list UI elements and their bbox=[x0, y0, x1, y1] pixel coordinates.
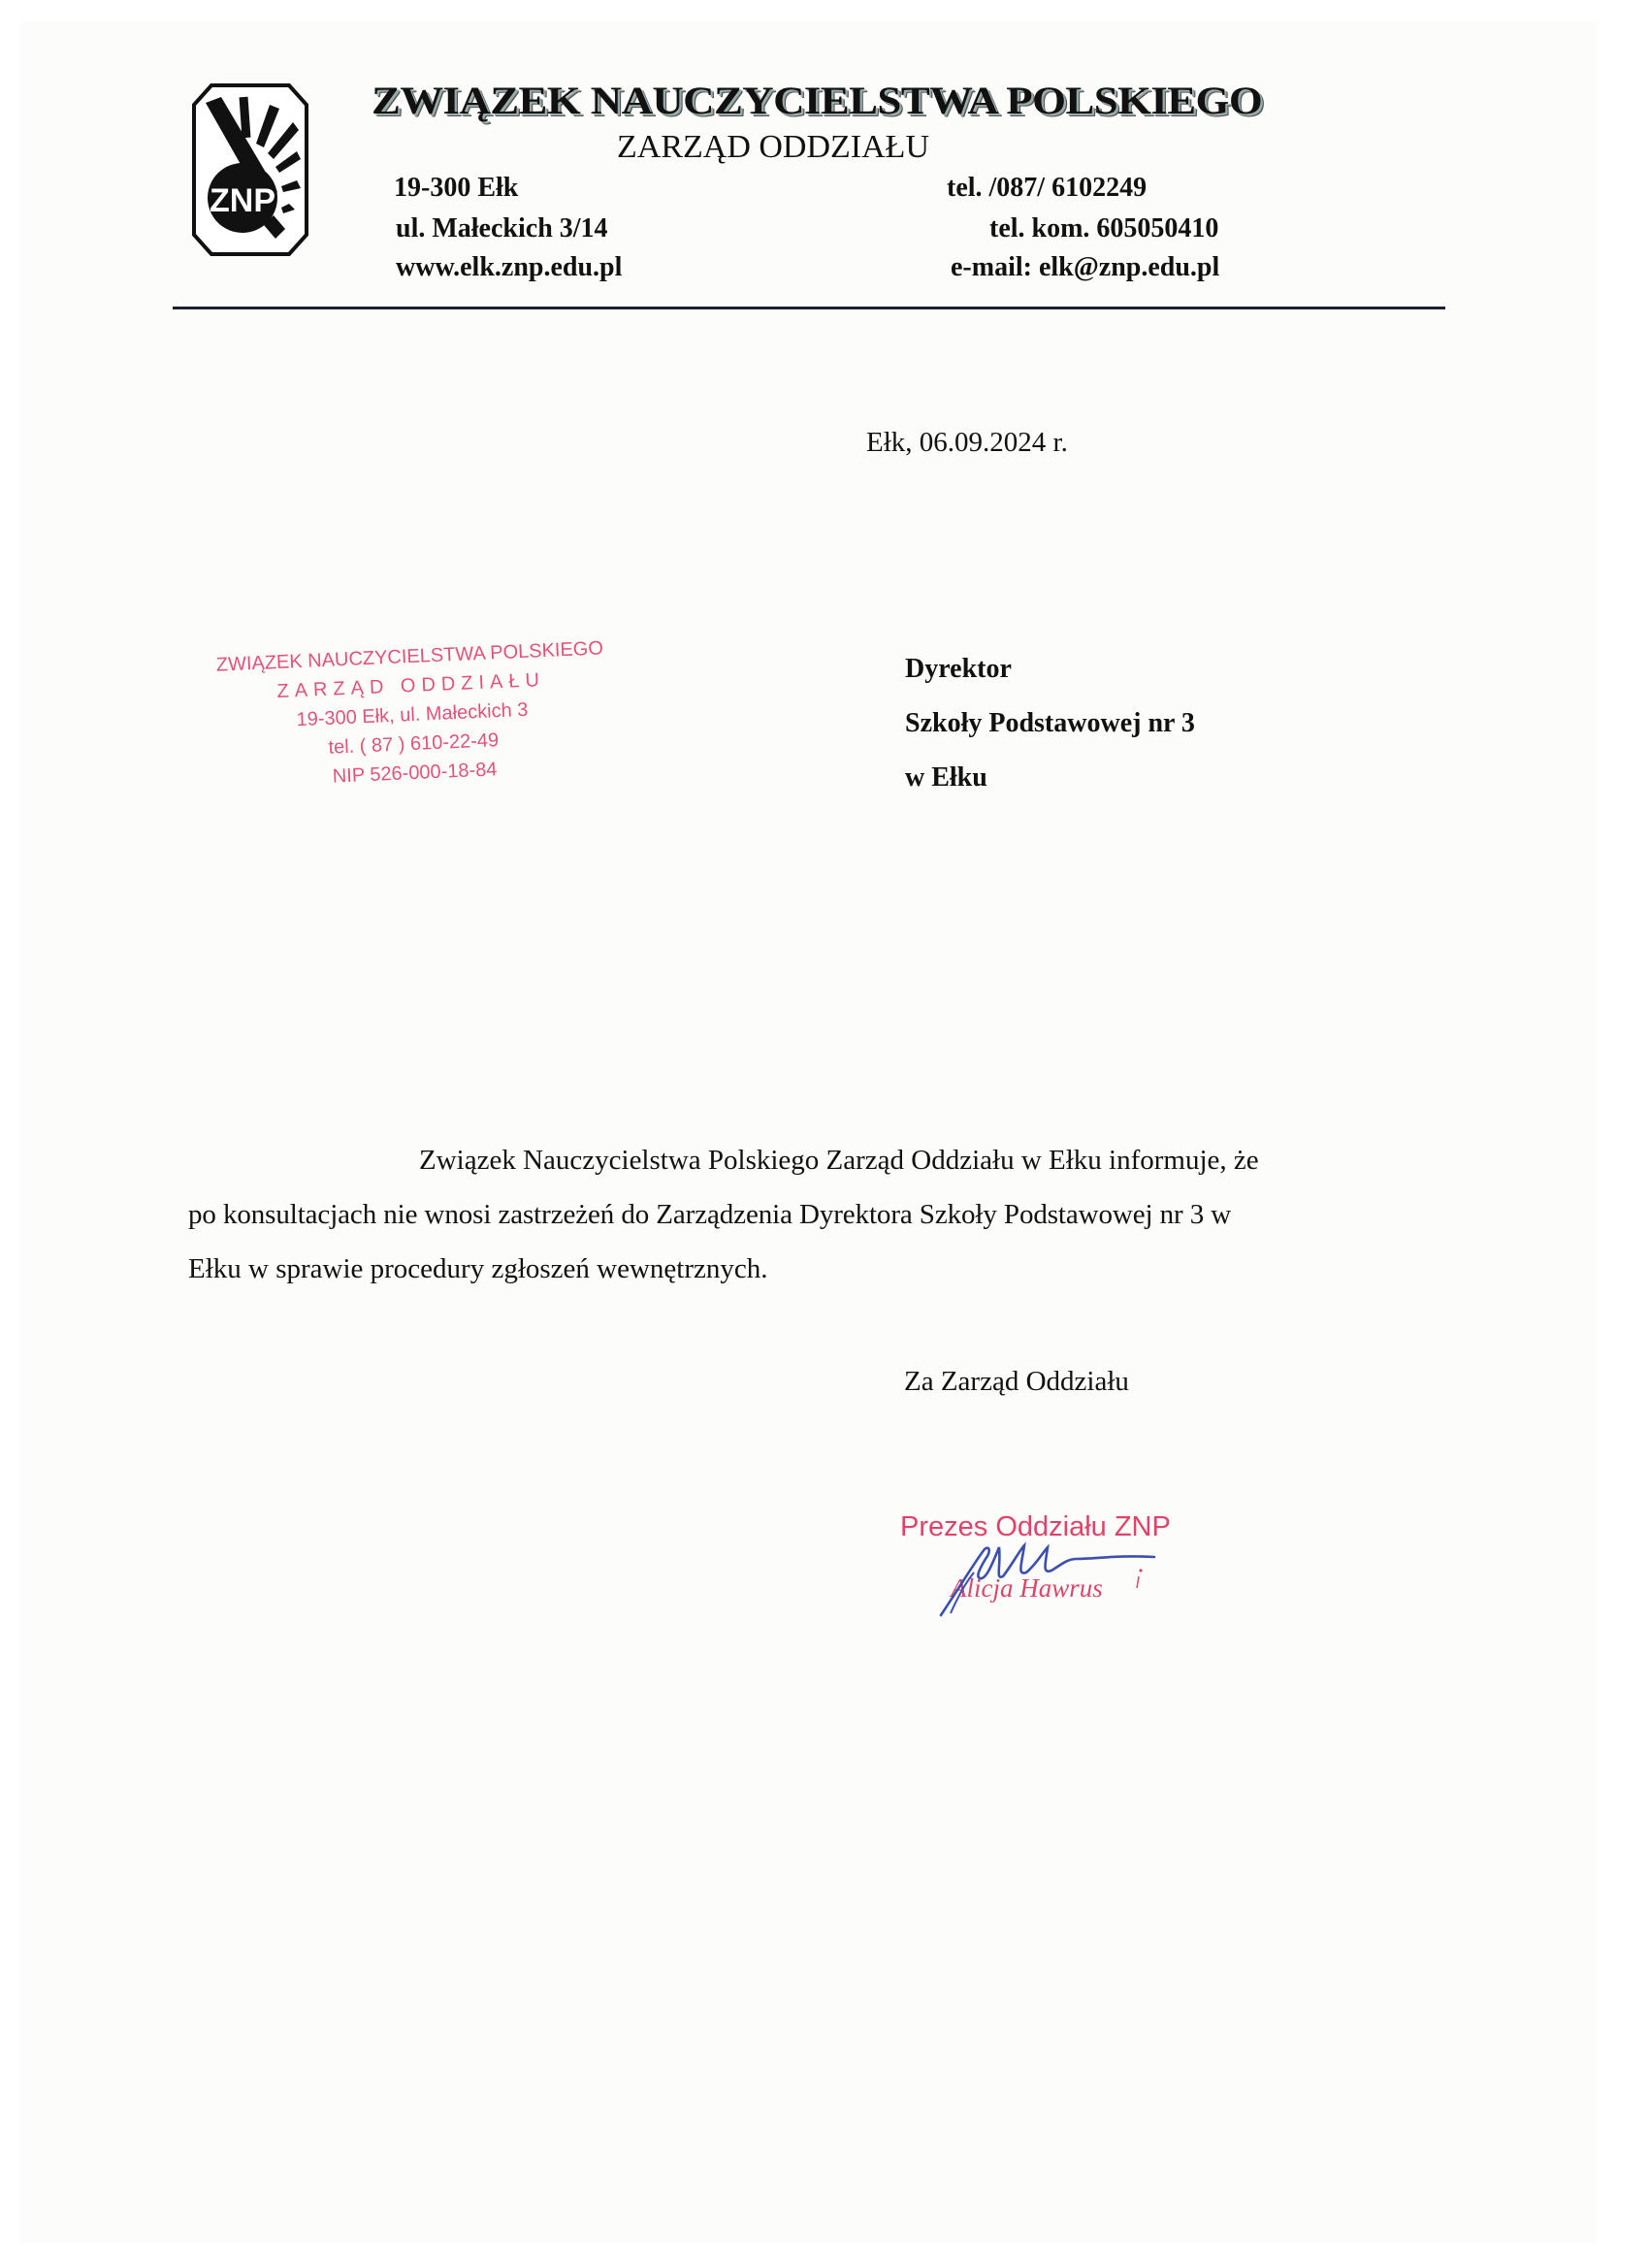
email-link[interactable]: e-mail: elk@znp.edu.pl bbox=[951, 252, 1219, 283]
website-link[interactable]: www.elk.znp.edu.pl bbox=[396, 252, 622, 283]
znp-logo-icon: ZNP bbox=[192, 83, 308, 256]
addressee-city: w Ełku bbox=[905, 762, 987, 794]
body-line: Związek Nauczycielstwa Polskiego Zarząd … bbox=[419, 1145, 1259, 1177]
branch-name: ZARZĄD ODDZIAŁU bbox=[617, 129, 929, 166]
postal-code: 19-300 Ełk bbox=[394, 173, 518, 204]
paper-sheet bbox=[21, 21, 1597, 2243]
organization-name: ZWIĄZEK NAUCZYCIELSTWA POLSKIEGO bbox=[372, 78, 1262, 123]
body-line: Ełku w sprawie procedury zgłoszeń wewnęt… bbox=[188, 1253, 768, 1285]
letter-date: Ełk, 06.09.2024 r. bbox=[866, 427, 1068, 459]
street-address: ul. Małeckich 3/14 bbox=[396, 213, 608, 244]
addressee-school: Szkoły Podstawowej nr 3 bbox=[905, 708, 1195, 739]
svg-text:ZNP: ZNP bbox=[210, 182, 275, 219]
closing-text: Za Zarząd Oddziału bbox=[904, 1366, 1129, 1398]
organization-stamp: ZWIĄZEK NAUCZYCIELSTWA POLSKIEGO ZARZĄD … bbox=[201, 633, 624, 797]
mobile-number: tel. kom. 605050410 bbox=[989, 213, 1218, 244]
phone-number: tel. /087/ 6102249 bbox=[947, 173, 1147, 204]
header-divider bbox=[173, 307, 1445, 309]
handwritten-signature-icon bbox=[931, 1538, 1183, 1620]
body-line: po konsultacjach nie wnosi zastrzeżeń do… bbox=[188, 1199, 1231, 1231]
addressee-title: Dyrektor bbox=[905, 654, 1012, 685]
